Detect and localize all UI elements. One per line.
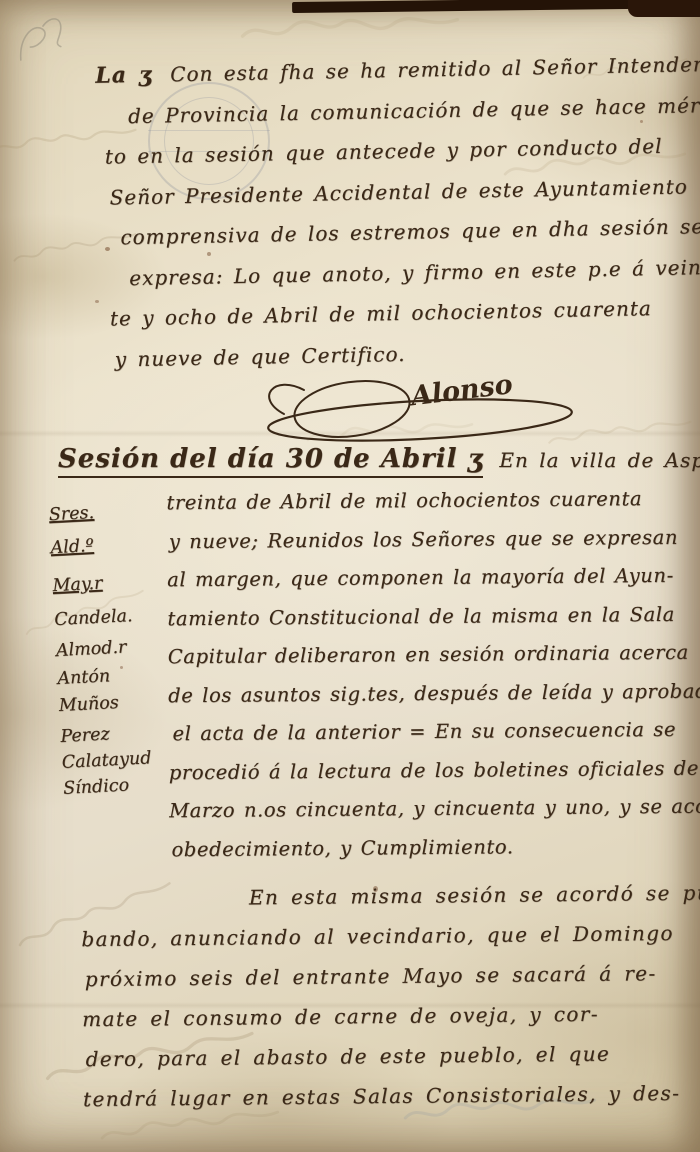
manuscript-line: obedecimiento, y Cumplimiento. — [171, 826, 693, 869]
manuscript-line: bando, anunciando al vecindario, que el … — [81, 913, 687, 959]
closing-certification-paragraph: La ʒCon esta fha se ha remitido al Señor… — [95, 44, 697, 379]
signature-name: Alonso — [406, 369, 514, 413]
manuscript-line: mate el consumo de carne de oveja, y cor… — [82, 993, 688, 1039]
manuscript-line: de los asuntos sig.tes, después de leída… — [168, 672, 692, 715]
manuscript-line: treinta de Abril de mil ochocientos cuar… — [166, 480, 690, 523]
session-heading-continuation: En la villa de Aspe a — [499, 448, 700, 472]
attendee-item: Muños — [58, 688, 177, 720]
manuscript-line: y nueve; Reunidos los Señores que se exp… — [169, 518, 691, 561]
session-heading: Sesión del día 30 de Abril ʒ — [58, 444, 483, 478]
manuscript-line: tamiento Constitucional de la misma en l… — [167, 595, 691, 638]
margin-mark: La ʒ — [95, 55, 153, 97]
attendee-item: Sres. — [48, 497, 167, 529]
manuscript-line: Capitular deliberaron en sesión ordinari… — [168, 634, 692, 677]
manuscript-line-text: Con esta fha se ha remitido al Señor Int… — [170, 52, 700, 87]
manuscript-line: Marzo n.os cincuenta, y cincuenta y uno,… — [169, 788, 693, 831]
manuscript-line: En esta misma sesión se acordó se publiq… — [81, 873, 687, 919]
session-body-paragraph: treinta de Abril de mil ochocientos cuar… — [166, 480, 693, 870]
manuscript-line: procedió á la lectura de los boletines o… — [169, 749, 693, 792]
attendees-margin-list: Sres. Ald.º May.r Candela. Almod.r Antón… — [48, 497, 182, 803]
bleedthrough-ghost-writing — [199, 7, 500, 51]
attendee-item: Almod.r — [55, 632, 174, 664]
manuscript-line: el acta de la anterior = En su consecuen… — [172, 711, 692, 754]
signature-flourish: Alonso — [240, 362, 580, 454]
session-heading-row: Sesión del día 30 de Abril ʒEn la villa … — [58, 444, 694, 474]
ink-speck — [95, 300, 99, 303]
attendee-item: Antón — [57, 661, 176, 693]
manuscript-line: dero, para el abasto de este pueblo, el … — [85, 1033, 688, 1079]
pencil-mark — [0, 4, 82, 74]
bando-paragraph: En esta misma sesión se acordó se publiq… — [81, 873, 689, 1119]
attendee-item: Candela. — [54, 602, 173, 634]
attendee-item: May.r — [52, 568, 171, 600]
manuscript-line: tendrá lugar en estas Salas Consistorial… — [83, 1073, 689, 1119]
manuscript-line: al margen, que componen la mayoría del A… — [167, 557, 691, 600]
attendee-item: Síndico — [63, 771, 182, 803]
attendee-item: Ald.º — [50, 530, 169, 562]
binding-edge-corner — [628, 0, 700, 17]
manuscript-page: La ʒCon esta fha se ha remitido al Señor… — [0, 0, 700, 1152]
secretary-signature: Alonso — [240, 362, 580, 454]
manuscript-line: próximo seis del entrante Mayo se sacará… — [85, 953, 688, 999]
